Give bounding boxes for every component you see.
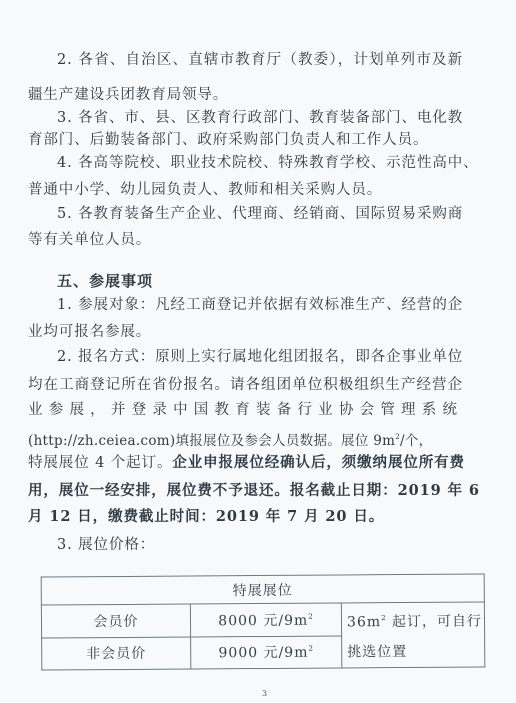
paragraph-line: 业参展，并登录中国教育装备行业协会管理系统 xyxy=(28,401,463,419)
table-title: 特展展位 xyxy=(41,574,484,605)
table-row: 会员价 8000 元/9m2 36m2 起订，可自行挑选位置 xyxy=(41,602,484,638)
table-cell-price: 9000 元/9m2 xyxy=(191,635,342,669)
paragraph-line: 普通中小学、幼儿园负责人、教师和相关采购人员。 xyxy=(28,181,463,199)
paragraph-line: 3. 各省、市、县、区教育行政部门、教育装备部门、电化教 xyxy=(57,109,463,127)
document-page: 2. 各省、自治区、直辖市教育厅（教委），计划单列市及新 疆生产建设兵团教育局领… xyxy=(0,0,516,703)
paragraph-line: 2. 报名方式：原则上实行属地化组团报名，即各企事业单位 xyxy=(57,348,463,366)
table-cell-price: 8000 元/9m2 xyxy=(190,603,341,637)
paragraph-line: 育部门、后勤装备部门、政府采购部门负责人和工作人员。 xyxy=(28,131,463,149)
table-cell-note: 36m2 起订，可自行挑选位置 xyxy=(341,602,484,668)
url-text: (http://zh.ceiea.com)填报展位及参会人员数据。展位 9m xyxy=(28,433,395,449)
paragraph-line: 2. 各省、自治区、直辖市教育厅（教委），计划单列市及新 xyxy=(57,51,463,69)
bold-text: 企业申报展位经确认后，须缴纳展位所有费 xyxy=(172,454,465,471)
paragraph-line: 用，展位一经安排，展位费不予退还。报名截止日期：2019 年 6 xyxy=(28,482,463,500)
paragraph-line: 均在工商登记所在省份报名。请各组团单位积极组织生产经营企 xyxy=(28,376,463,394)
paragraph-line: 3. 展位价格： xyxy=(57,536,463,554)
text: 特展展位 4 个起订。 xyxy=(28,455,172,471)
paragraph-line: 5. 各教育装备生产企业、代理商、经销商、国际贸易采购商 xyxy=(57,205,463,223)
paragraph-line: 等有关单位人员。 xyxy=(28,231,463,249)
table-cell-label: 会员价 xyxy=(41,604,190,638)
paragraph-line: (http://zh.ceiea.com)填报展位及参会人员数据。展位 9m2/… xyxy=(28,428,463,450)
table-cell-label: 非会员价 xyxy=(42,637,191,671)
paragraph-line: 疆生产建设兵团教育局领导。 xyxy=(28,86,463,104)
price-table: 特展展位 会员价 8000 元/9m2 36m2 起订，可自行挑选位置 非会员价… xyxy=(41,573,486,670)
paragraph-line: 业均可报名参展。 xyxy=(28,323,463,341)
page-number: 3 xyxy=(262,689,267,698)
section-heading: 五、参展事项 xyxy=(57,272,463,290)
paragraph-line: 月 12 日，缴费截止时间：2019 年 7 月 20 日。 xyxy=(28,508,463,526)
paragraph-line: 特展展位 4 个起订。企业申报展位经确认后，须缴纳展位所有费 xyxy=(28,454,463,472)
text: /个， xyxy=(400,433,432,449)
paragraph-line: 1. 参展对象：凡经工商登记并依据有效标准生产、经营的企 xyxy=(57,296,463,314)
paragraph-line: 4. 各高等院校、职业技术院校、特殊教育学校、示范性高中、 xyxy=(57,154,463,172)
